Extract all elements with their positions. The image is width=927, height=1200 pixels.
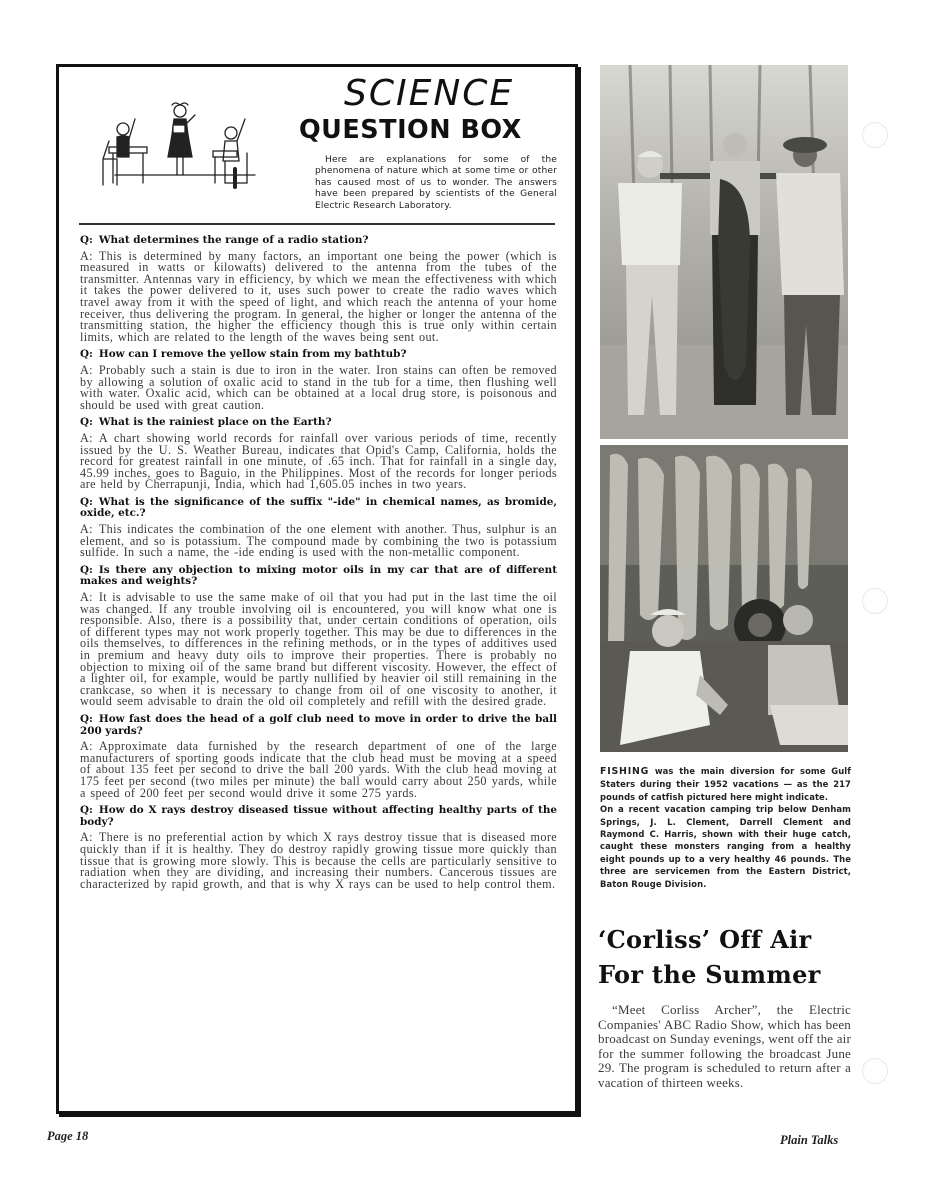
question-text: How do X rays destroy diseased tissue wi…: [80, 804, 557, 828]
q-prefix: Q:: [80, 564, 93, 576]
page-number: Page 18: [47, 1129, 88, 1144]
answer: A:There is no preferential action by whi…: [80, 832, 557, 890]
caption-paragraph-1: FISHING was the main diversion for some …: [600, 765, 851, 803]
answer-text: This indicates the combination of the on…: [80, 522, 557, 559]
question: Q:What is the rainiest place on the Eart…: [80, 417, 557, 429]
classroom-illustration-icon: [95, 97, 265, 197]
qa-item: Q:What is the rainiest place on the Eart…: [80, 417, 557, 491]
punch-hole-top: [862, 122, 888, 148]
q-prefix: Q:: [80, 234, 93, 246]
fishing-photo-caption: FISHING was the main diversion for some …: [600, 765, 851, 890]
answer: A:This is determined by many factors, an…: [80, 251, 557, 344]
q-prefix: Q:: [80, 348, 93, 360]
question: Q:Is there any objection to mixing motor…: [80, 565, 557, 588]
answer: A:Probably such a stain is due to iron i…: [80, 365, 557, 411]
punch-hole-bottom: [862, 1058, 888, 1084]
qa-item: Q:How can I remove the yellow stain from…: [80, 349, 557, 411]
fishing-photo-catch: [600, 445, 848, 752]
answer: A:This indicates the combination of the …: [80, 524, 557, 559]
photo-catfish-catch-icon: [600, 445, 848, 752]
punch-hole-middle: [862, 588, 888, 614]
qa-item: Q:Is there any objection to mixing motor…: [80, 565, 557, 708]
question: Q:What determines the range of a radio s…: [80, 235, 557, 247]
question-box-header: SCIENCE QUESTION BOX Here are explanatio…: [59, 67, 575, 227]
question-text: Is there any objection to mixing motor o…: [80, 564, 557, 588]
corliss-headline-line-1: ‘Corliss’ Off Air: [598, 922, 858, 957]
qa-item: Q:How do X rays destroy diseased tissue …: [80, 805, 557, 890]
qa-list: Q:What determines the range of a radio s…: [80, 235, 557, 896]
q-prefix: Q:: [80, 496, 93, 508]
answer-text: It is advisable to use the same make of …: [80, 590, 557, 708]
qa-item: Q:What determines the range of a radio s…: [80, 235, 557, 343]
question-text: What is the significance of the suffix "…: [80, 496, 557, 520]
answer-text: Approximate data furnished by the resear…: [80, 739, 557, 799]
qa-item: Q:How fast does the head of a golf club …: [80, 714, 557, 799]
q-prefix: Q:: [80, 416, 93, 428]
intro-paragraph: Here are explanations for some of the ph…: [315, 155, 557, 212]
question-text: What determines the range of a radio sta…: [99, 234, 369, 246]
answer-text: This is determined by many factors, an i…: [80, 249, 557, 344]
question: Q:How fast does the head of a golf club …: [80, 714, 557, 737]
answer-text: A chart showing world records for rainfa…: [80, 431, 557, 491]
question-text: What is the rainiest place on the Earth?: [99, 416, 332, 428]
corliss-headline-line-2: For the Summer: [598, 957, 858, 992]
header-divider: [79, 223, 555, 225]
answer-text: There is no preferential action by which…: [80, 830, 557, 890]
question-text: How fast does the head of a golf club ne…: [80, 713, 557, 737]
question: Q:What is the significance of the suffix…: [80, 497, 557, 520]
title-question-box: QUESTION BOX: [299, 115, 522, 145]
publication-name: Plain Talks: [780, 1133, 838, 1148]
photo-three-men-icon: [600, 65, 848, 439]
corliss-headline: ‘Corliss’ Off Air For the Summer: [598, 922, 858, 992]
corliss-article-body: “Meet Corliss Archer”, the Electric Comp…: [598, 1003, 851, 1091]
answer: A:It is advisable to use the same make o…: [80, 592, 557, 708]
title-science: SCIENCE: [344, 73, 514, 114]
science-question-box: SCIENCE QUESTION BOX Here are explanatio…: [56, 64, 578, 1114]
question-text: How can I remove the yellow stain from m…: [99, 348, 407, 360]
q-prefix: Q:: [80, 804, 93, 816]
answer: A:Approximate data furnished by the rese…: [80, 741, 557, 799]
qa-item: Q:What is the significance of the suffix…: [80, 497, 557, 559]
q-prefix: Q:: [80, 713, 93, 725]
answer: A:A chart showing world records for rain…: [80, 433, 557, 491]
answer-text: Probably such a stain is due to iron in …: [80, 363, 557, 412]
fishing-photo-three-men: [600, 65, 848, 439]
caption-lead: FISHING: [600, 766, 649, 777]
question: Q:How do X rays destroy diseased tissue …: [80, 805, 557, 828]
caption-paragraph-2: On a recent vacation camping trip below …: [600, 803, 851, 890]
question: Q:How can I remove the yellow stain from…: [80, 349, 557, 361]
